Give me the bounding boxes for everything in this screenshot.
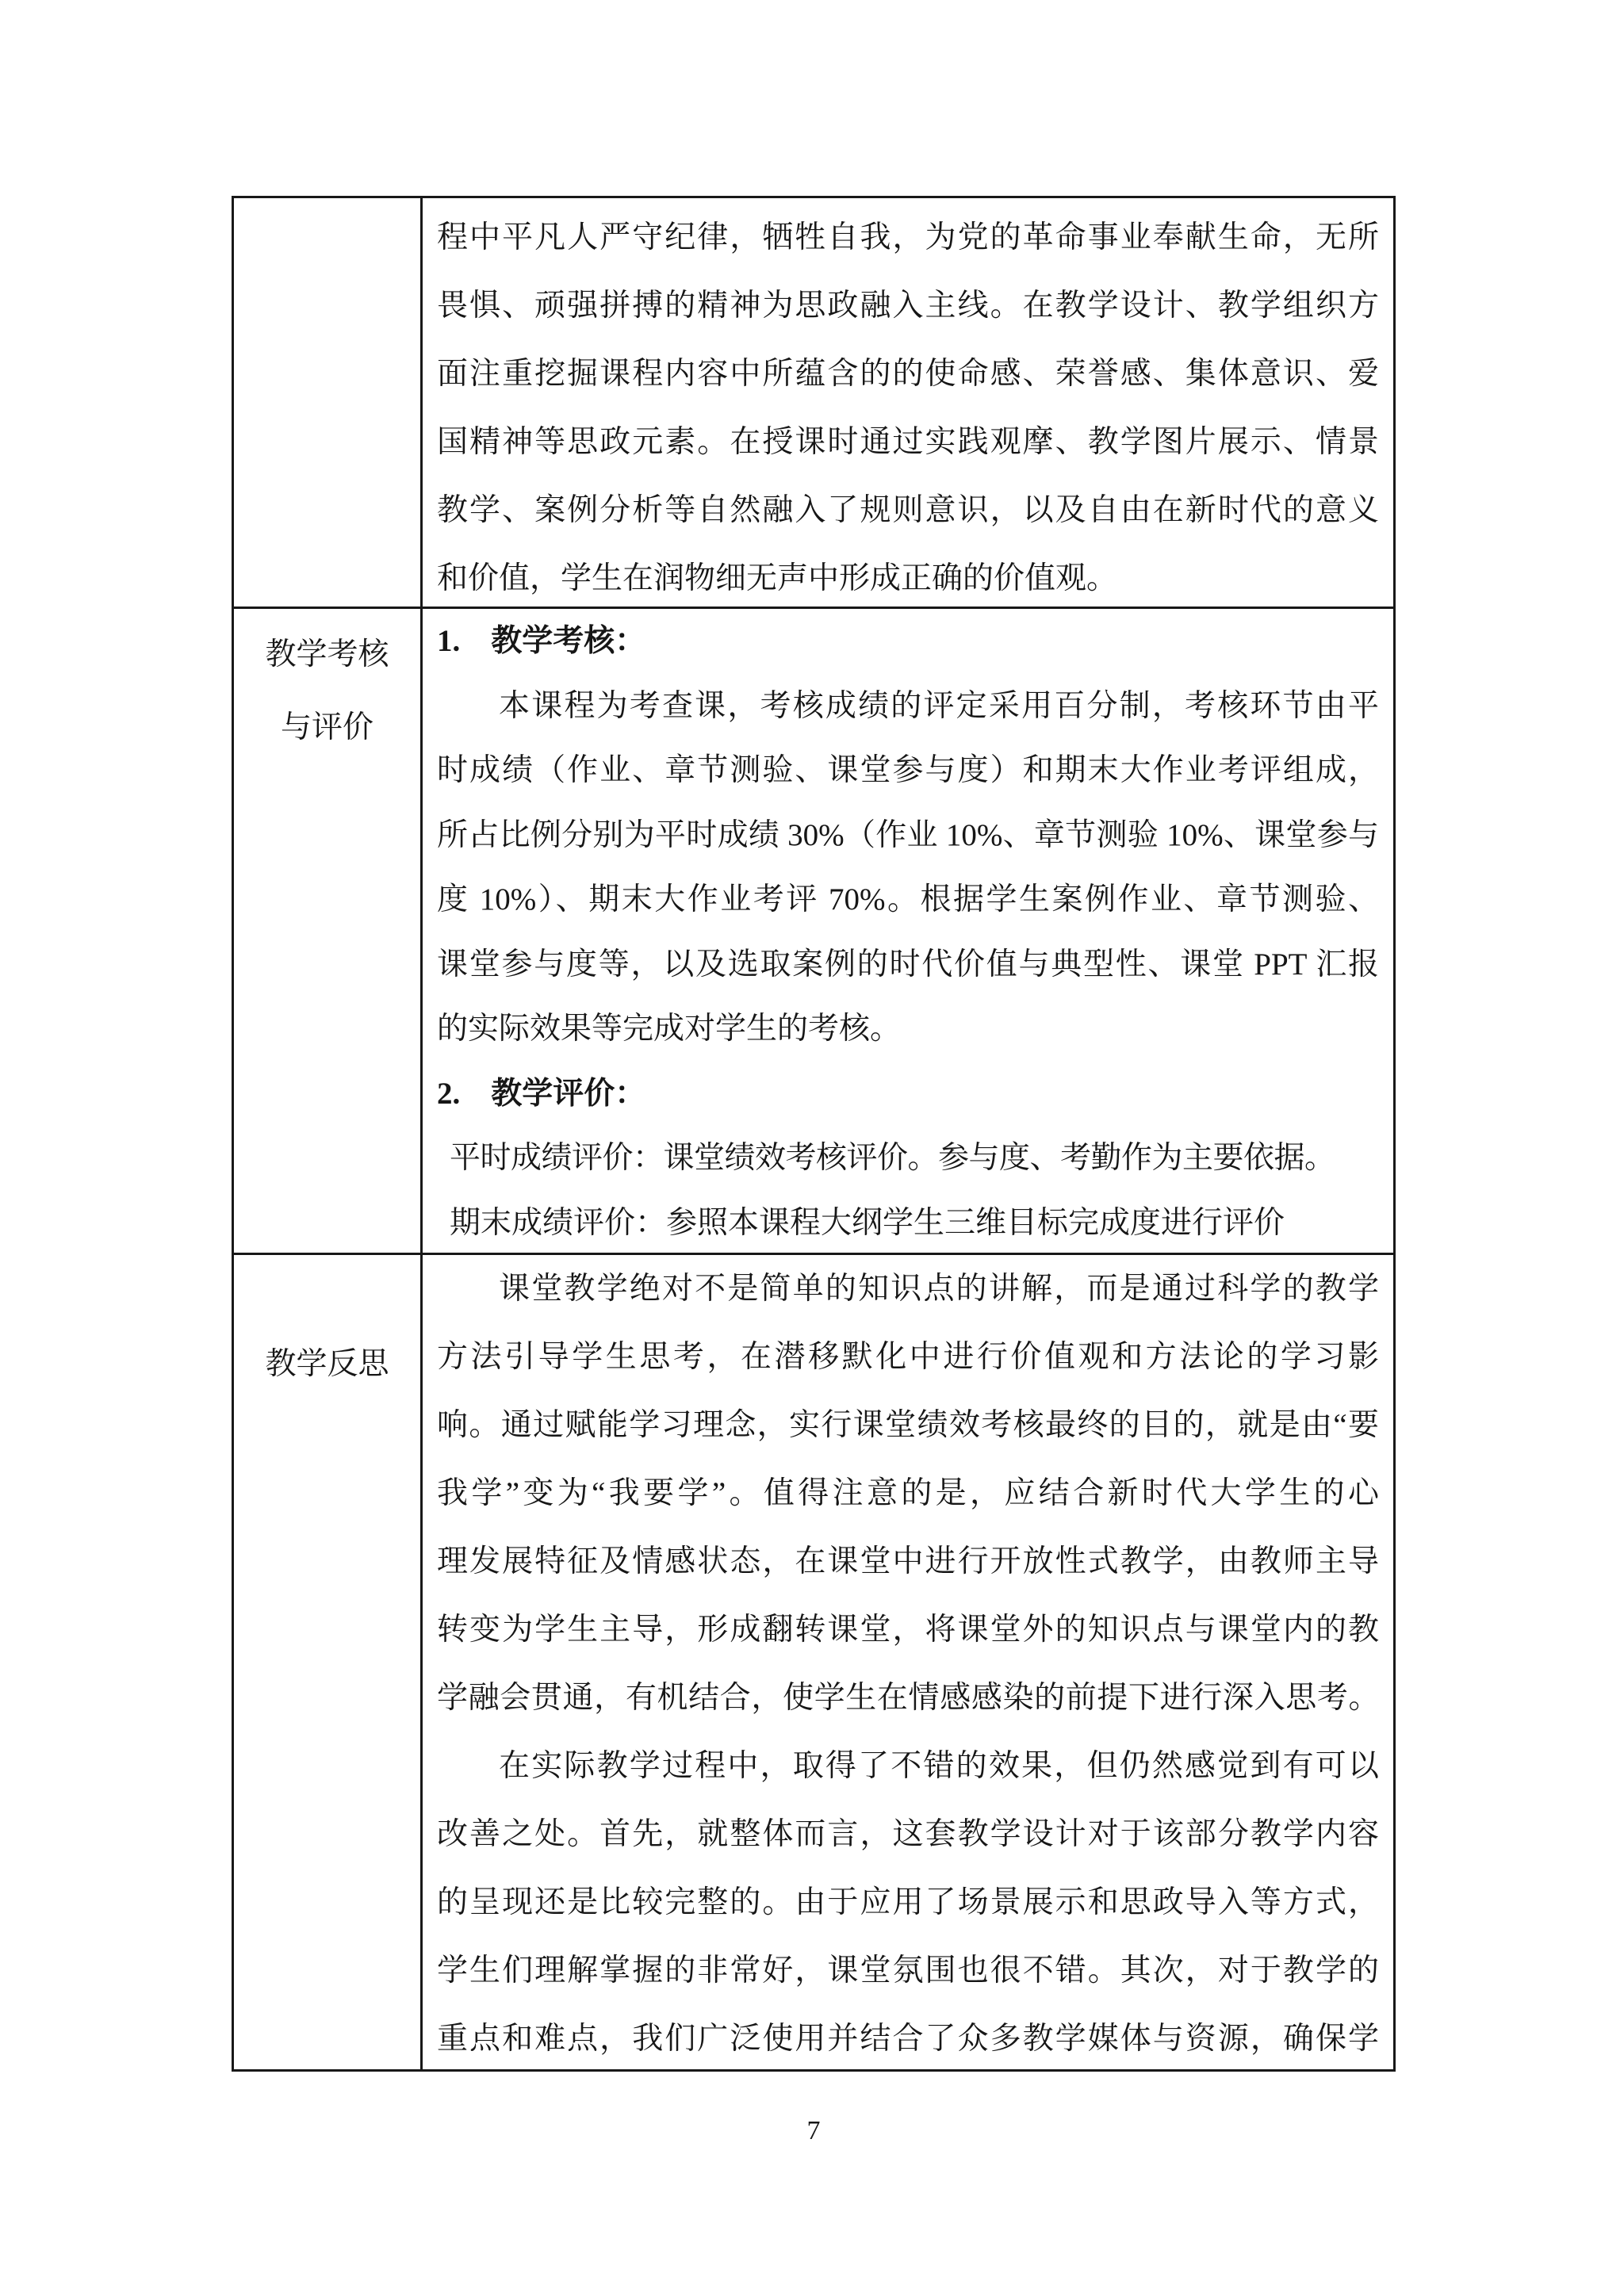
text-line: 重点和难点，我们广泛使用并结合了众多教学媒体与资源，确保学 bbox=[437, 2005, 1379, 2069]
text-line: 所占比例分别为平时成绩 30%（作业 10%、章节测验 10%、课堂参与 bbox=[437, 803, 1379, 868]
text-line: 响。通过赋能学习理念，实行课堂绩效考核最终的目的，就是由“要 bbox=[437, 1391, 1379, 1460]
text-line: 学生们理解掌握的非常好，课堂氛围也很不错。其次，对于教学的 bbox=[437, 1937, 1379, 2005]
document-page: 程中平凡人严守纪律，牺牲自我，为党的革命事业奉献生命，无所 畏惧、顽强拼搏的精神… bbox=[0, 0, 1624, 2296]
text-line: 理发展特征及情感状态，在课堂中进行开放性式教学，由教师主导 bbox=[437, 1528, 1379, 1596]
page-number: 7 bbox=[232, 2115, 1396, 2147]
text-line: 我学”变为“我要学”。值得注意的是，应结合新时代大学生的心 bbox=[437, 1460, 1379, 1528]
text-line: 和价值，学生在润物细无声中形成正确的价值观。 bbox=[437, 545, 1379, 609]
text-line: 在实际教学过程中，取得了不错的效果，但仍然感觉到有可以 bbox=[437, 1732, 1379, 1800]
text-line: 课堂参与度等，以及选取案例的时代价值与典型性、课堂 PPT 汇报 bbox=[437, 932, 1379, 997]
text-line: 转变为学生主导，形成翻转课堂，将课堂外的知识点与课堂内的教 bbox=[437, 1596, 1379, 1664]
text-line: 方法引导学生思考，在潜移默化中进行价值观和方法论的学习影 bbox=[437, 1323, 1379, 1391]
row-header-line: 与评价 bbox=[234, 691, 420, 764]
header-cell-empty bbox=[234, 198, 423, 609]
row-header-line: 教学考核 bbox=[234, 618, 420, 691]
text-line: 教学、案例分析等自然融入了规则意识，以及自由在新时代的意义 bbox=[437, 476, 1379, 545]
header-cell-assessment-evaluation: 教学考核 与评价 bbox=[234, 609, 423, 1255]
row-header-line: 教学反思 bbox=[234, 1328, 420, 1401]
text-line: 的实际效果等完成对学生的考核。 bbox=[437, 997, 1379, 1062]
text-line: 的呈现还是比较完整的。由于应用了场景展示和思政导入等方式， bbox=[437, 1869, 1379, 1937]
text-line: 度 10%）、期末大作业考评 70%。根据学生案例作业、章节测验、 bbox=[437, 867, 1379, 932]
text-line: 改善之处。首先，就整体而言，这套教学设计对于该部分教学内容 bbox=[437, 1800, 1379, 1869]
header-cell-reflection: 教学反思 bbox=[234, 1255, 423, 2069]
text-line: 程中平凡人严守纪律，牺牲自我，为党的革命事业奉献生命，无所 bbox=[437, 204, 1379, 272]
text-line: 学融会贯通，有机结合，使学生在情感感染的前提下进行深入思考。 bbox=[437, 1664, 1379, 1732]
text-line: 课堂教学绝对不是简单的知识点的讲解，而是通过科学的教学 bbox=[437, 1255, 1379, 1323]
text-line: 畏惧、顽强拼搏的精神为思政融入主线。在教学设计、教学组织方 bbox=[437, 272, 1379, 340]
cell-assessment-evaluation-content: 1. 教学考核： 本课程为考查课，考核成绩的评定采用百分制，考核环节由平 时成绩… bbox=[423, 609, 1393, 1255]
text-line: 时成绩（作业、章节测验、课堂参与度）和期末大作业考评组成， bbox=[437, 738, 1379, 803]
teaching-plan-table: 程中平凡人严守纪律，牺牲自我，为党的革命事业奉献生命，无所 畏惧、顽强拼搏的精神… bbox=[232, 196, 1396, 2072]
text-line: 本课程为考查课，考核成绩的评定采用百分制，考核环节由平 bbox=[437, 674, 1379, 739]
text-line: 期末成绩评价：参照本课程大纲学生三维目标完成度进行评价 bbox=[437, 1191, 1379, 1256]
numbered-heading-assessment: 1. 教学考核： bbox=[437, 609, 1379, 674]
cell-reflection-content: 课堂教学绝对不是简单的知识点的讲解，而是通过科学的教学 方法引导学生思考，在潜移… bbox=[423, 1255, 1393, 2069]
text-line: 平时成绩评价：课堂绩效考核评价。参与度、考勤作为主要依据。 bbox=[437, 1126, 1379, 1191]
numbered-heading-evaluation: 2. 教学评价： bbox=[437, 1062, 1379, 1127]
text-line: 面注重挖掘课程内容中所蕴含的的使命感、荣誉感、集体意识、爱 bbox=[437, 340, 1379, 408]
cell-course-ideology-content: 程中平凡人严守纪律，牺牲自我，为党的革命事业奉献生命，无所 畏惧、顽强拼搏的精神… bbox=[423, 198, 1393, 609]
text-line: 国精神等思政元素。在授课时通过实践观摩、教学图片展示、情景 bbox=[437, 408, 1379, 476]
